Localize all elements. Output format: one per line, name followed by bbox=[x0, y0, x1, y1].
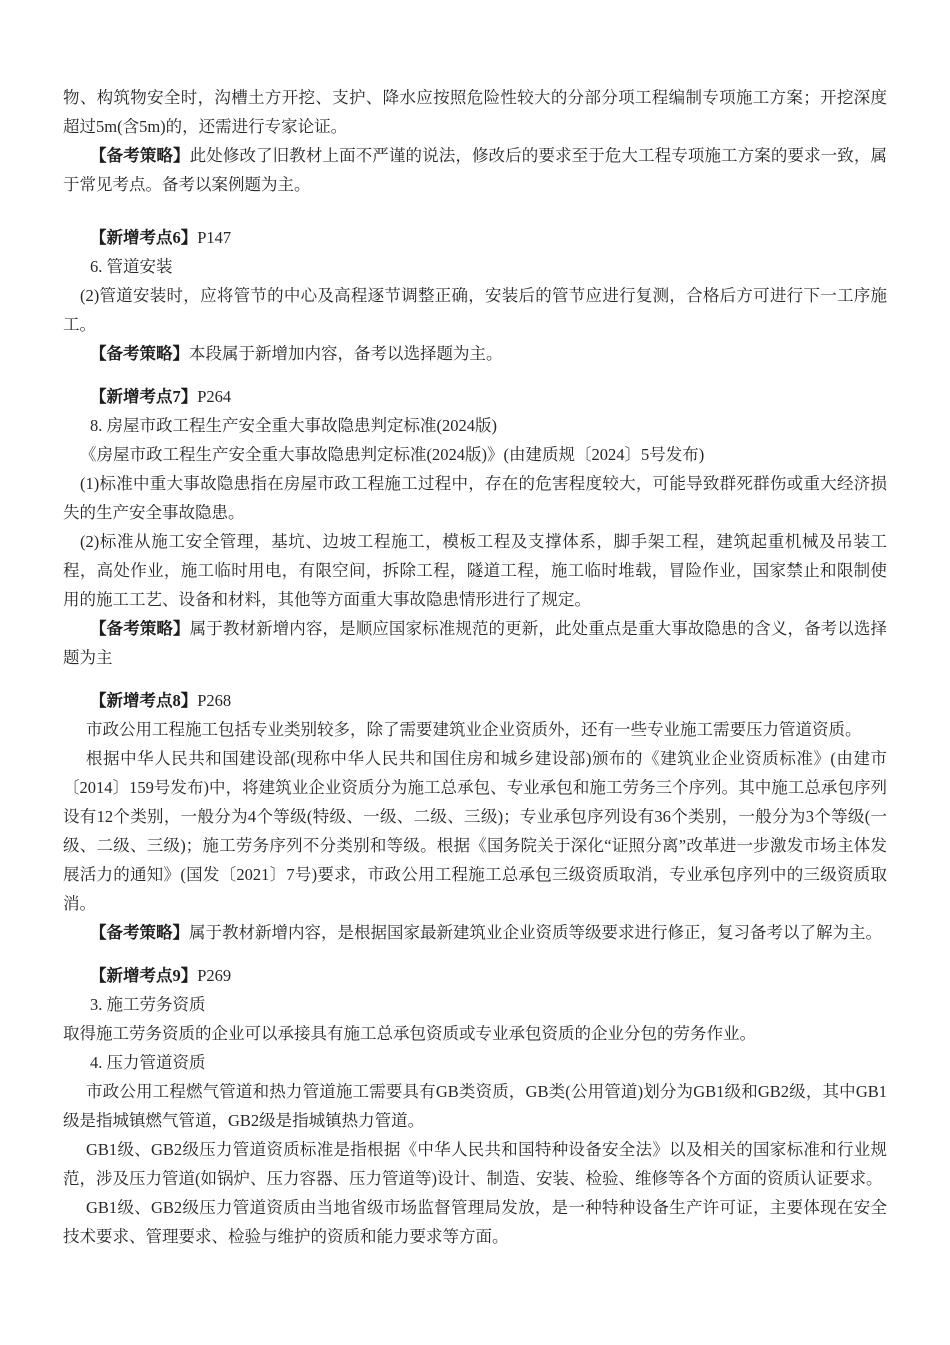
paragraph: (1)标准中重大事故隐患指在房屋市政工程施工过程中，存在的危害程度较大，可能导致… bbox=[63, 469, 887, 527]
section-heading: 【新增考点8】P268 bbox=[63, 686, 887, 715]
paragraph: 【备考策略】本段属于新增加内容，备考以选择题为主。 bbox=[63, 339, 887, 368]
paragraph: 【备考策略】属于教材新增内容，是顺应国家标准规范的更新，此处重点是重大事故隐患的… bbox=[63, 614, 887, 672]
paragraph: 【备考策略】属于教材新增内容，是根据国家最新建筑业企业资质等级要求进行修正，复习… bbox=[63, 918, 887, 947]
new-point-marker: 【新增考点7】 bbox=[90, 387, 197, 406]
section-heading: 【新增考点6】P147 bbox=[63, 223, 887, 252]
paragraph: 取得施工劳务资质的企业可以承接具有施工总承包资质或专业承包资质的企业分包的劳务作… bbox=[63, 1019, 887, 1048]
paragraph-text: (2)管道安装时，应将管节的中心及高程逐节调整正确，安装后的管节应进行复测，合格… bbox=[63, 286, 887, 334]
paragraph-text: 根据中华人民共和国建设部(现称中华人民共和国住房和城乡建设部)颁布的《建筑业企业… bbox=[63, 749, 887, 913]
paragraph-text: (1)标准中重大事故隐患指在房屋市政工程施工过程中，存在的危害程度较大，可能导致… bbox=[63, 474, 887, 522]
page-ref: P269 bbox=[197, 966, 231, 985]
paragraph-text: 市政公用工程燃气管道和热力管道施工需要具有GB类资质，GB类(公用管道)划分为G… bbox=[63, 1082, 887, 1130]
paragraph-text: GB1级、GB2级压力管道资质由当地省级市场监督管理局发放，是一种特种设备生产许… bbox=[63, 1198, 887, 1246]
new-point-marker: 【新增考点6】 bbox=[90, 228, 197, 247]
list-item: 6. 管道安装 bbox=[63, 252, 887, 281]
document-page: 物、构筑物安全时，沟槽土方开挖、支护、降水应按照危险性较大的分部分项工程编制专项… bbox=[0, 0, 950, 1345]
paragraph: (2)管道安装时，应将管节的中心及高程逐节调整正确，安装后的管节应进行复测，合格… bbox=[63, 281, 887, 339]
paragraph-text: 本段属于新增加内容，备考以选择题为主。 bbox=[189, 344, 503, 363]
paragraph-text: 物、构筑物安全时，沟槽土方开挖、支护、降水应按照危险性较大的分部分项工程编制专项… bbox=[63, 88, 887, 136]
paragraph: 市政公用工程燃气管道和热力管道施工需要具有GB类资质，GB类(公用管道)划分为G… bbox=[63, 1077, 887, 1135]
paragraph-text: 市政公用工程施工包括专业类别较多，除了需要建筑业企业资质外，还有一些专业施工需要… bbox=[86, 720, 862, 739]
paragraph: 《房屋市政工程生产安全重大事故隐患判定标准(2024版)》(由建质规〔2024〕… bbox=[63, 440, 887, 469]
strategy-marker: 【备考策略】 bbox=[90, 619, 190, 638]
paragraph-text: 《房屋市政工程生产安全重大事故隐患判定标准(2024版)》(由建质规〔2024〕… bbox=[80, 445, 704, 464]
new-point-marker: 【新增考点9】 bbox=[90, 966, 197, 985]
paragraph-text: 6. 管道安装 bbox=[90, 257, 173, 276]
paragraph: GB1级、GB2级压力管道资质由当地省级市场监督管理局发放，是一种特种设备生产许… bbox=[63, 1193, 887, 1251]
paragraph-text: 属于教材新增内容，是根据国家最新建筑业企业资质等级要求进行修正，复习备考以了解为… bbox=[189, 923, 882, 942]
strategy-marker: 【备考策略】 bbox=[90, 344, 189, 363]
list-item: 4. 压力管道资质 bbox=[63, 1048, 887, 1077]
paragraph-text: 4. 压力管道资质 bbox=[90, 1053, 206, 1072]
new-point-marker: 【新增考点8】 bbox=[90, 691, 197, 710]
list-item: 8. 房屋市政工程生产安全重大事故隐患判定标准(2024版) bbox=[63, 411, 887, 440]
strategy-marker: 【备考策略】 bbox=[90, 146, 190, 165]
paragraph-text: 8. 房屋市政工程生产安全重大事故隐患判定标准(2024版) bbox=[90, 416, 497, 435]
paragraph: (2)标准从施工安全管理，基坑、边坡工程施工，模板工程及支撑体系，脚手架工程，建… bbox=[63, 527, 887, 614]
paragraph: 市政公用工程施工包括专业类别较多，除了需要建筑业企业资质外，还有一些专业施工需要… bbox=[63, 715, 887, 744]
page-ref: P268 bbox=[197, 691, 231, 710]
page-ref: P147 bbox=[197, 228, 231, 247]
paragraph: 【备考策略】此处修改了旧教材上面不严谨的说法，修改后的要求至于危大工程专项施工方… bbox=[63, 141, 887, 199]
paragraph-text: 3. 施工劳务资质 bbox=[90, 995, 206, 1014]
paragraph-text: (2)标准从施工安全管理，基坑、边坡工程施工，模板工程及支撑体系，脚手架工程，建… bbox=[63, 532, 887, 609]
paragraph-text: 取得施工劳务资质的企业可以承接具有施工总承包资质或专业承包资质的企业分包的劳务作… bbox=[63, 1024, 756, 1043]
section-heading: 【新增考点7】P264 bbox=[63, 382, 887, 411]
paragraph-text: GB1级、GB2级压力管道资质标准是指根据《中华人民共和国特种设备安全法》以及相… bbox=[63, 1140, 887, 1188]
section-heading: 【新增考点9】P269 bbox=[63, 961, 887, 990]
strategy-marker: 【备考策略】 bbox=[90, 923, 189, 942]
list-item: 3. 施工劳务资质 bbox=[63, 990, 887, 1019]
page-ref: P264 bbox=[197, 387, 231, 406]
paragraph: 根据中华人民共和国建设部(现称中华人民共和国住房和城乡建设部)颁布的《建筑业企业… bbox=[63, 744, 887, 918]
paragraph: 物、构筑物安全时，沟槽土方开挖、支护、降水应按照危险性较大的分部分项工程编制专项… bbox=[63, 83, 887, 141]
paragraph: GB1级、GB2级压力管道资质标准是指根据《中华人民共和国特种设备安全法》以及相… bbox=[63, 1135, 887, 1193]
